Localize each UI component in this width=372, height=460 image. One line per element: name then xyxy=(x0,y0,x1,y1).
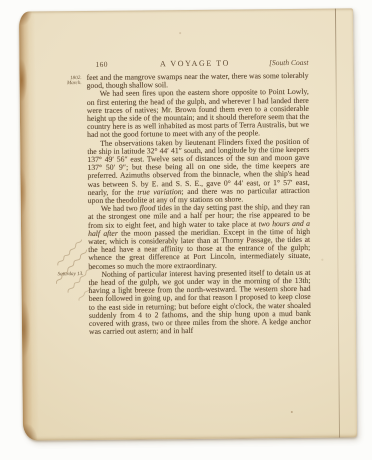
foxing-speck xyxy=(179,32,181,34)
foxing-speck xyxy=(136,138,138,140)
paragraphs-container: 1802.March.feet and the mangrove swamps … xyxy=(87,72,312,337)
paragraph: The observations taken by lieutenant Fli… xyxy=(87,137,310,205)
photograph-background: 160 A VOYAGE TO [South Coast 1802.March.… xyxy=(0,0,372,460)
page-header: 160 A VOYAGE TO [South Coast xyxy=(86,58,308,69)
book-page: 160 A VOYAGE TO [South Coast 1802.March.… xyxy=(19,8,357,440)
text-run: the moon passed the meridian. Except in … xyxy=(88,227,310,271)
page-crease xyxy=(334,9,340,438)
page-number: 160 xyxy=(86,59,139,69)
margin-note: 1802.March. xyxy=(48,76,82,88)
text-run: Nothing of particular interest having pr… xyxy=(89,268,311,337)
running-title: A VOYAGE TO xyxy=(139,58,250,68)
paragraph: Saturday 13.Nothing of particular intere… xyxy=(88,269,311,337)
margin-note: Saturday 13. xyxy=(49,272,83,278)
text-column: 160 A VOYAGE TO [South Coast 1802.March.… xyxy=(86,58,311,337)
text-run: We had seen fires upon the eastern shore… xyxy=(87,87,309,139)
section-label: [South Coast xyxy=(250,58,308,68)
paragraph: We had two flood tides in the day settin… xyxy=(88,203,311,271)
paragraph: We had seen fires upon the eastern shore… xyxy=(87,88,309,139)
foxing-speck xyxy=(321,259,323,261)
foxing-speck xyxy=(291,411,293,413)
